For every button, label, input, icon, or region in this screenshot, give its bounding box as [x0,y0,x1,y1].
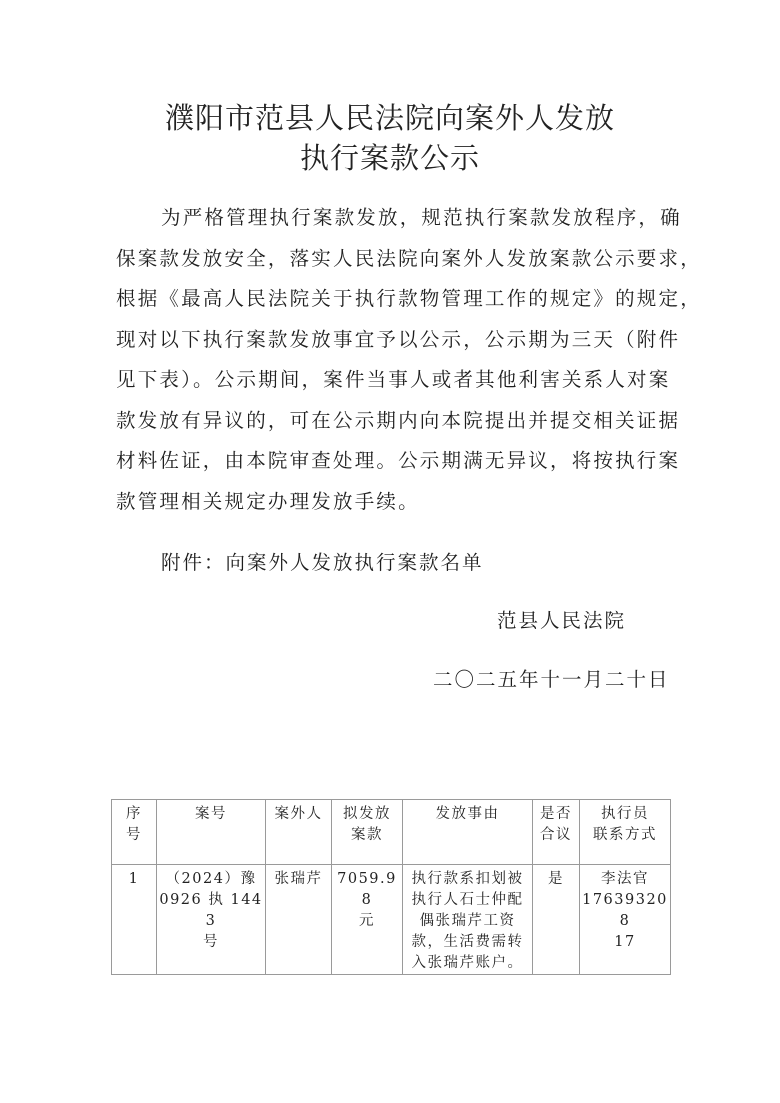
header-outsider: 案外人 [266,800,332,865]
payment-list-table: 序号 案号 案外人 拟发放案款 发放事由 是否合议 执行员联系方式 1 （202… [111,799,671,975]
header-contact: 执行员联系方式 [580,800,671,865]
header-index: 序号 [112,800,157,865]
body-line: 款管理相关规定办理发放手续。 [116,482,672,523]
cell-reason: 执行款系扣划被 执行人石士仲配 偶张瑞芹工资 款，生活费需转 入张瑞芹账户。 [403,865,533,975]
header-case-no: 案号 [157,800,266,865]
header-reason: 发放事由 [403,800,533,865]
header-collegial: 是否合议 [533,800,580,865]
body-line: 根据《最高人民法院关于执行款物管理工作的规定》的规定， [116,279,672,320]
notice-body: 为严格管理执行案款发放，规范执行案款发放程序，确 保案款发放安全，落实人民法院向… [116,198,672,522]
cell-collegial: 是 [533,865,580,975]
cell-outsider: 张瑞芹 [266,865,332,975]
body-line: 材料佐证，由本院审查处理。公示期满无异议，将按执行案 [116,441,672,482]
cell-index: 1 [112,865,157,975]
body-line: 保案款发放安全，落实人民法院向案外人发放案款公示要求， [116,239,672,280]
cell-case-no: （2024）豫 0926 执 1443 号 [157,865,266,975]
body-line: 为严格管理执行案款发放，规范执行案款发放程序，确 [116,198,672,239]
body-line: 见下表）。公示期间，案件当事人或者其他利害关系人对案 [116,360,672,401]
document-title-line-1: 濮阳市范县人民法院向案外人发放 [0,98,780,138]
attachment-note: 附件：向案外人发放执行案款名单 [161,547,484,575]
document-title-line-2: 执行案款公示 [0,138,780,178]
table-row: 1 （2024）豫 0926 执 1443 号 张瑞芹 7059.98 元 执行… [112,865,671,975]
header-amount: 拟发放案款 [332,800,403,865]
table-header-row: 序号 案号 案外人 拟发放案款 发放事由 是否合议 执行员联系方式 [112,800,671,865]
cell-contact: 李法官 176393208 17 [580,865,671,975]
body-line: 现对以下执行案款发放事宜予以公示，公示期为三天（附件 [116,320,672,361]
issue-date: 二〇二五年十一月二十日 [433,664,670,692]
cell-amount: 7059.98 元 [332,865,403,975]
court-signature: 范县人民法院 [497,605,626,633]
body-line: 款发放有异议的，可在公示期内向本院提出并提交相关证据 [116,401,672,442]
